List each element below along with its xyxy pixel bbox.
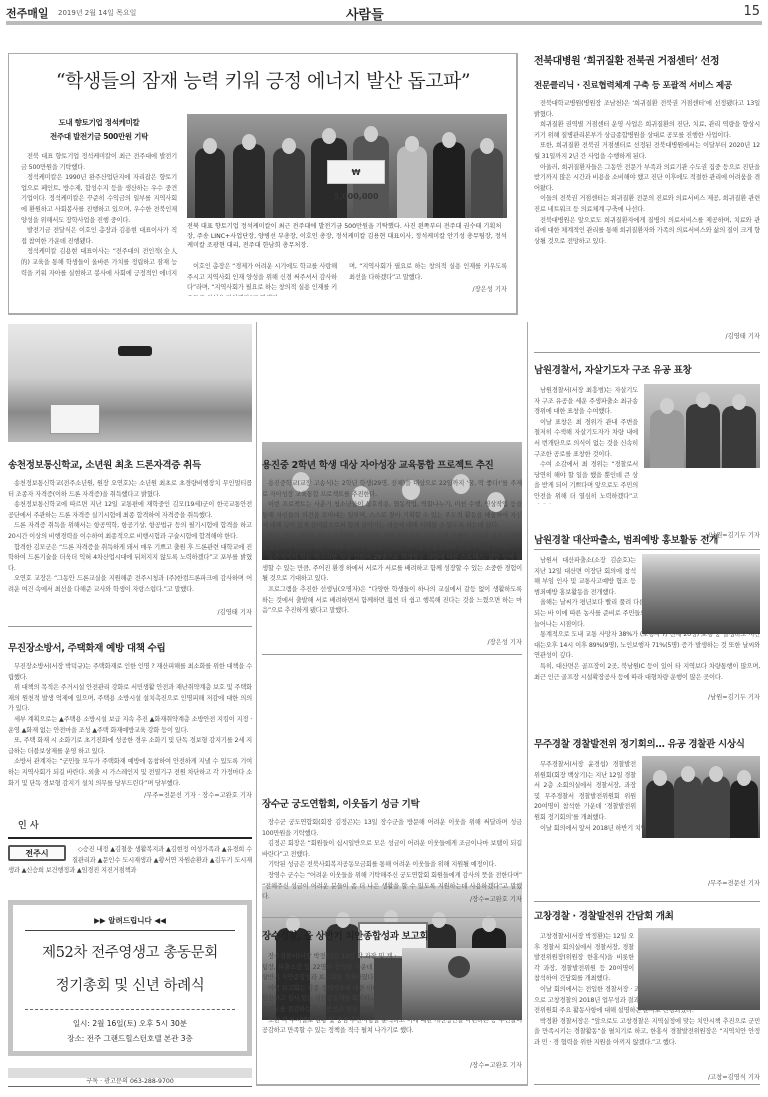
notice-title-2: 정기총회 및 신년 하례식 [13, 974, 247, 995]
daesan-byline: /남원=김기두 기자 [534, 692, 760, 701]
donation-byline: /장수=고완호 기자 [262, 894, 522, 903]
face [709, 766, 723, 782]
notice-rule [25, 930, 235, 931]
lead-body-col1: 전북 대표 향토기업 정석케미칼이 최근 전주대에 발전기금 500만원을 기탁… [21, 152, 177, 278]
gochang-photo [638, 928, 760, 1010]
donation-cheque: ₩ 5,000,000 [327, 160, 385, 184]
daesan-photo [642, 554, 760, 634]
lead-byline: /장은성 기자 [349, 284, 507, 293]
drone-headline: 송천정보통신학교, 소년원 최초 드론자격증 취득 [8, 457, 252, 471]
hospital-body: 전북대학교병원(병원장 조남천)은 ‘희귀질환 전북권 거점센터’에 선정됐다고… [534, 99, 760, 331]
yongjin-body: 용진중학교(교장 고송식)는 2학년 학생(29명, 전체)을 대상으로 22일… [262, 479, 522, 637]
paragraph: 통계적으로 도내 교통 사망자 38%가 (보행자 7/ 전체 20명) 보행 … [534, 630, 760, 662]
subscription-contact: 구독 · 광고문의 063-288-9700 [86, 1078, 174, 1085]
paragraph: 농촌지역의 작은 학교지만 학급 인원이 29명으로 학생들은 과밀에 따른 스… [262, 553, 522, 585]
hospital-byline: /김영태 기자 [534, 331, 760, 340]
lead-photo-caption: 전북 대표 향토기업 정석케미칼이 최근 전주대에 발전기금 500만원을 기탁… [187, 222, 509, 251]
lead-body-col2: 이호인 총장은 “경제가 어려운 시기에도 학교를 사랑해주시고 지역사회 인재… [187, 262, 337, 296]
paragraph: 고창경찰서(서장 박정환)는 12일 오후 경찰서 회의실에서 경찰서장, 경찰… [534, 932, 634, 985]
muju-headline: 무주경찰 경찰발전위 정기회의… 유공 경찰관 시상식 [534, 736, 760, 750]
paragraph: 드론 자격증 취득을 위해서는 항공역학, 항공기상, 항공법규 등의 필기시험… [8, 521, 252, 542]
paragraph: 송천정보통신학교(전주소년원, 원장 오연호)는 소년원 최초로 초경량비행장치… [8, 479, 252, 500]
face [203, 138, 217, 154]
paragraph: 프로그램을 추진한 선생님(오명자)은 “다양한 학생들이 하나의 교실에서 갈… [262, 585, 522, 617]
notice-label: ▶▶ 알려드립니다 ◀◀ [13, 915, 247, 926]
lead-subhead-2: 전주대 발전기금 500만원 기탁 [19, 130, 179, 144]
paragraph: 이들의 전북권 거점센터는 희귀질환 전문의 진료와 의료서비스 제공, 희귀질… [534, 194, 760, 215]
paragraph: 정석케미칼 김용현 대표이사는 “전주대의 전인적(全人的) 교육을 통해 학생… [21, 247, 177, 278]
donation-headline: 장수군 궁도연합회, 이웃돕기 성금 기탁 [262, 796, 522, 810]
notice-box: ▶▶ 알려드립니다 ◀◀ 제52차 전주영생고 총동문회 정기총회 및 신년 하… [8, 900, 252, 1056]
column-divider [527, 322, 528, 1084]
fire-headline: 무진장소방서, 주택화재 예방 대책 수립 [8, 640, 252, 654]
notice-date: 일시: 2월 16일(토) 오후 5시 30분 [13, 1018, 247, 1029]
face [696, 392, 710, 408]
personnel-title: 인 사 [8, 818, 252, 831]
paragraph: 또한, 희귀질환 전북권 거점센터로 선정된 전북대병원에서는 이달부터 202… [534, 141, 760, 162]
person-figure [273, 148, 305, 218]
divider [8, 626, 252, 627]
masthead: 전주매일 2019년 2월 14일 목요일 사람들 15 [6, 4, 762, 22]
paragraph: 세부 계획으로는 ▲주택용 소방시설 보급 지속 추진 ▲화재취약계층 소방안전… [8, 715, 252, 736]
paragraph: 김정곤 회장은 “회원들이 십시일반으로 모은 성금이 어려운 이웃들에게 조금… [262, 839, 522, 860]
gochang-headline: 고창경찰 · 경찰발전위 간담회 개최 [534, 908, 760, 922]
lead-subhead-1: 도내 향토기업 정석케미칼 [19, 116, 179, 130]
issue-date: 2019년 2월 14일 목요일 [58, 8, 136, 18]
paragraph: 송천정보통신학교에 따르면 지난 12일 교통편에 재학중인 김모(19세)군이… [8, 500, 252, 521]
personnel-rule [8, 837, 252, 839]
face [364, 126, 378, 142]
lead-article: “학생들의 잠재 능력 키워 긍정 에너지 발산 돕고파” 도내 향토기업 정석… [8, 53, 518, 315]
fire-article: 무진장소방서, 주택화재 예방 대책 수립 무진장소방서(서장 박덕규)는 주택… [8, 640, 252, 799]
daesan-article: 남원경찰 대산파출소, 범죄예방 홍보활동 전개 남원서 대산파출소(소장 김순… [534, 532, 760, 701]
face [653, 770, 667, 786]
drone-photo [8, 324, 252, 442]
muju-photo [642, 756, 760, 838]
paragraph: 무주경찰서(서장 윤경섭) 경찰발전위원회(회장 백상기)는 지난 12일 경찰… [534, 760, 636, 824]
paragraph: 전북대병원은 앞으로도 희귀질환자에게 질병의 의료서비스를 제공하며, 치료와… [534, 216, 760, 248]
person-figure [233, 144, 265, 218]
paragraph: 기탁된 성금은 전북사회복지공동모금회를 통해 어려운 이웃들을 위해 지원될 … [262, 860, 522, 871]
drone-shape [118, 346, 152, 356]
person-figure [646, 780, 674, 838]
lead-headline: “학생들의 잠재 능력 키워 긍정 에너지 발산 돕고파” [9, 66, 517, 93]
yongjin-article: 용진중 2학년 학생 대상 자아성장 교육통합 프로젝트 추진 용진중학교(교장… [262, 457, 522, 655]
paragraph: 이호인 총장은 “경제가 어려운 시기에도 학교를 사랑해주시고 지역사회 인재… [187, 262, 337, 296]
page-number: 15 [743, 4, 760, 19]
gochang-article: 고창경찰 · 경찰발전위 간담회 개최 고창경찰서(서장 박정환)는 12일 오… [534, 908, 760, 1081]
divider [8, 1086, 252, 1087]
person-figure [702, 776, 730, 838]
fire-body: 무진장소방서(서장 박덕규)는 주택화재로 인한 인명 ? 재산피해를 최소화를… [8, 662, 252, 790]
divider [534, 901, 760, 902]
namwon-body: 남원경찰서(서장 최흥범)는 자살기도자 구조 유공을 세운 주생파출소 최규송… [534, 386, 638, 504]
paragraph: 용진중학교(교장 고송식)는 2학년 학생(29명, 전체)을 대상으로 22일… [262, 479, 522, 500]
gochang-byline: /고창=김영식 기자 [534, 1072, 760, 1081]
paragraph: 소방서 관계자는 “군민들 모두가 주택화재 예방에 동참하여 안전하게 지낼 … [8, 757, 252, 789]
column-divider [256, 322, 257, 1084]
paragraph: 전북대학교병원(병원장 조남천)은 ‘희귀질환 전북권 거점센터’에 선정됐다고… [534, 99, 760, 120]
hospital-article: 전북대병원 ‘희귀질환 전북권 거점센터’ 선정 전문클리닉 · 진료협력체계 … [534, 52, 760, 353]
lead-body-col3: 이호인 총장은 “경제가 어려운 시기에도 학교를 사랑해주시고 지역사회 인재… [349, 262, 507, 284]
notice-title-1: 제52차 전주영생고 총동문회 [13, 941, 247, 962]
police-emblem [448, 956, 470, 978]
paragraph: 위 대책의 목적은 주거시설 안전관리 강화로 서민생활 안전과 재난취약계층 … [8, 683, 252, 715]
fire-byline: /무주=전문선 기자 · 장수=고완호 기자 [8, 790, 252, 799]
paragraph: 특히, 모든 과정을 학교 교과협력 선생님과 함께 함으로써 교사-학생 간에… [262, 532, 522, 553]
face [480, 138, 494, 154]
face [405, 136, 419, 152]
person-figure [650, 410, 684, 468]
person-figure [397, 146, 427, 218]
divider [256, 1084, 528, 1086]
paragraph: 합격한 김모군은 “드론 자격증을 취득하게 돼서 매우 기쁘고 출원 후 드론… [8, 543, 252, 575]
paragraph: 희귀질환 권역별 거점센터 운영 사업은 희귀질환의 진단, 치료, 관리 역량… [534, 120, 760, 141]
paragraph: 전북 대표 향토기업 정석케미칼이 최근 전주대에 발전기금 500만원을 기탁… [21, 152, 177, 173]
divider [262, 917, 522, 918]
person-figure [722, 406, 756, 468]
muju-article: 무주경찰 경찰발전위 정기회의… 유공 경찰관 시상식 무주경찰서(서장 윤경섭… [534, 736, 760, 902]
lead-subheads: 도내 향토기업 정석케미칼 전주대 발전기금 500만원 기탁 [19, 116, 179, 144]
notice-dashed-rule [25, 1009, 235, 1010]
drone-byline: /김영태 기자 [8, 607, 252, 616]
paragraph: 박정환 경찰서장은 “앞으로도 고창경찰은 지역실정에 맞는 치안시책 추진으로… [534, 1017, 760, 1049]
namwon-photo [644, 384, 760, 468]
namwon-headline: 남원경찰서, 자살기도자 구조 유공 표창 [534, 362, 760, 376]
person-figure [471, 148, 503, 218]
paragraph: 또, 주택 화재 시 소화기로 초기진화에 성공한 경우 소화기 및 단독 경보… [8, 736, 252, 757]
paragraph: 이호인 총장은 “경제가 어려운 시기에도 학교를 사랑해주시고 지역사회 인재… [349, 262, 507, 283]
paragraph: 이번 프로젝트는 사춘기 청소년들이 상호작용, 협동작업, 역할나누기, 미션… [262, 500, 522, 532]
paragraph: 장수군 궁도연합회(회장 김정곤)는 13일 장수군을 방문해 어려운 이웃을 … [262, 818, 522, 839]
yongjin-byline: /장은성 기자 [262, 637, 522, 646]
paragraph: 장수경찰서(서장 박정원)은 13일 각 과장 및 계 · 팀장, 파출소장 등… [262, 952, 396, 984]
jangsu-police-headline: 장수경찰, 올 상반기 치안종합성과 보고회 [262, 928, 522, 942]
paragraph: 무진장소방서(서장 박덕규)는 주택화재로 인한 인명 ? 재산피해를 최소화를… [8, 662, 252, 683]
drone-body: 송천정보통신학교(전주소년원, 원장 오연호)는 소년원 최초로 초경량비행장치… [8, 479, 252, 607]
newspaper-brand: 전주매일 [6, 5, 49, 21]
person-figure [674, 776, 702, 838]
tent-shape [50, 404, 100, 434]
jangsu-police-article: 장수경찰, 올 상반기 치안종합성과 보고회 장수경찰서(서장 박정원)은 13… [262, 928, 522, 1069]
personnel-tag: 전주시 [8, 845, 66, 861]
face [282, 138, 296, 154]
person-figure [195, 148, 225, 218]
face [242, 134, 256, 150]
donation-body: 장수군 궁도연합회(회장 김정곤)는 13일 장수군을 방문해 어려운 이웃을 … [262, 818, 522, 904]
drone-article: 송천정보통신학교, 소년원 최초 드론자격증 취득 송천정보통신학교(전주소년원… [8, 457, 252, 627]
person-figure [686, 404, 720, 468]
hospital-subhead: 전문클리닉 · 진료협력체계 구축 등 포괄적 서비스 제공 [534, 79, 760, 91]
paragraph: 오연호 교장은 “그동안 드론교실을 지원해준 전주시청과 (주)한컴드론파크에… [8, 574, 252, 595]
namwon-article: 남원경찰서, 자살기도자 구조 유공 표창 남원경찰서(서장 최흥범)는 자살기… [534, 362, 760, 550]
paragraph: 특히, 대산면은 골프장이 2곳, 북남원IC 등이 있어 타 지역보다 차량통… [534, 662, 760, 683]
notice-place: 장소: 전주 그랜드힐스턴호텔 본관 3층 [13, 1033, 247, 1044]
paragraph: 아울러, 희귀질환자들은 그동안 전문가 부족과 의료기관 수도권 집중 등으로… [534, 163, 760, 195]
jangsu-police-byline: /장수=고완호 기자 [262, 1060, 522, 1069]
face [681, 766, 695, 782]
divider [534, 352, 760, 353]
lead-photo: ₩ 5,000,000 [187, 114, 507, 218]
paragraph: 이날 표창은 최 경위가 관내 주변을 철저히 수색해 자살기도자가 차량 내에… [534, 418, 638, 460]
footer-contact-band: 구독 · 광고문의 063-288-9700 [8, 1068, 252, 1078]
face [737, 770, 751, 786]
paragraph: 수여 소감에서 최 경위는 “경찰로서 당연히 해야 할 일을 했을 뿐인데 큰… [534, 460, 638, 504]
paragraph: 남원서 대산파출소(소장 김순호)는 지난 12일 대산면 이장단 회의에 참석… [534, 556, 636, 598]
yongjin-headline: 용진중 2학년 학생 대상 자아성장 교육통합 프로젝트 추진 [262, 457, 522, 471]
divider [534, 1084, 760, 1085]
donation-article: 장수군 궁도연합회, 이웃돕기 성금 기탁 장수군 궁도연합회(회장 김정곤)는… [262, 796, 522, 918]
personnel-section: 인 사 전주시 ◇승진 내정 ▲김철웅 생활복지과 ▲김현정 여성가족과 ▲유경… [8, 818, 252, 877]
daesan-headline: 남원경찰 대산파출소, 범죄예방 홍보활동 전개 [534, 532, 760, 546]
divider [262, 654, 522, 655]
person-figure [433, 142, 465, 218]
hospital-headline: 전북대병원 ‘희귀질환 전북권 거점센터’ 선정 [534, 52, 760, 67]
jangsu-police-photo [402, 948, 522, 1020]
masthead-divider [6, 21, 762, 25]
muju-byline: /무주=전문선 기자 [534, 878, 760, 887]
face [442, 132, 456, 148]
face [660, 398, 674, 414]
paragraph: 발전기금 전달식은 이호인 총장과 김용현 대표이사가 직접 참여한 가운데 진… [21, 226, 177, 247]
person-figure [730, 780, 758, 838]
paragraph: 남원경찰서(서장 최흥범)는 자살기도자 구조 유공을 세운 주생파출소 최규송… [534, 386, 638, 418]
paragraph: 정석케미칼은 1990년 완주산업단지에 자리잡은 향토기업으로 페인트, 방수… [21, 173, 177, 226]
face [322, 128, 336, 144]
face [732, 394, 746, 410]
